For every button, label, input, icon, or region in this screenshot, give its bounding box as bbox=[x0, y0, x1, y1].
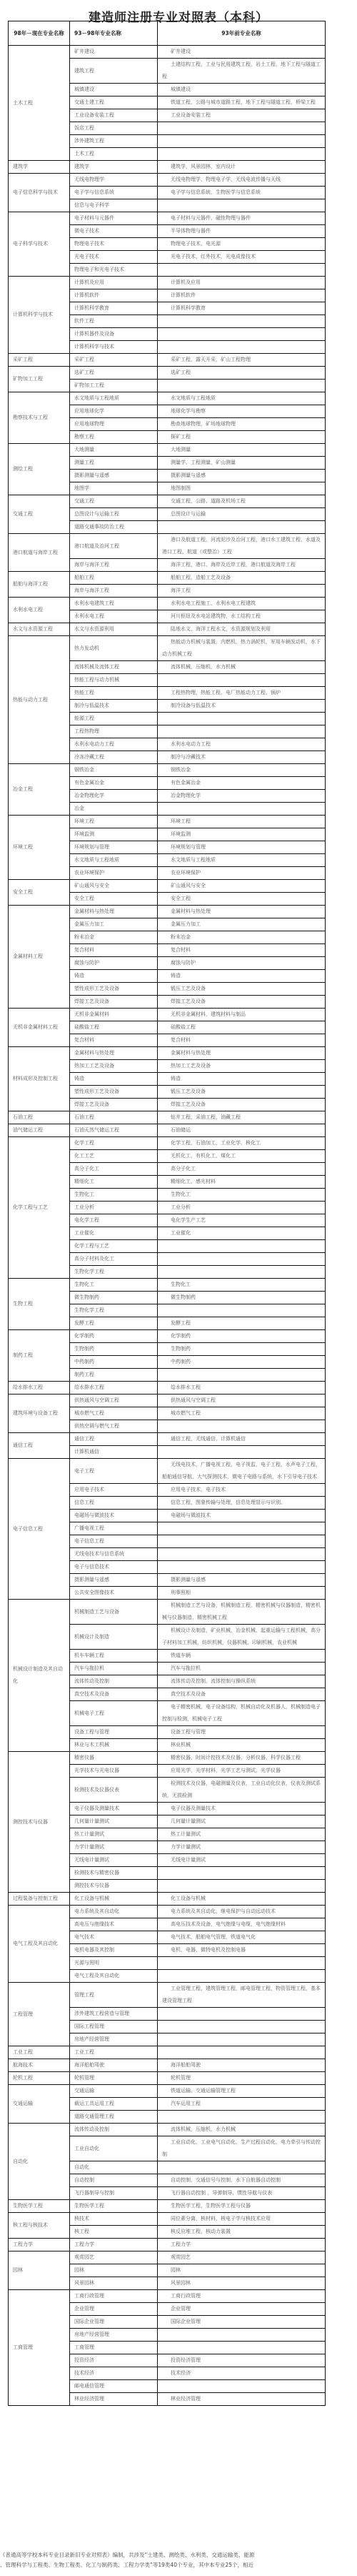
major-93-98-cell: 物理电子技术 bbox=[70, 238, 158, 251]
major-pre-93-cell: 国际企业管理 bbox=[158, 2316, 326, 2329]
major-pre-93-cell: 安全工程 bbox=[158, 893, 326, 906]
table-row: 水利水电工程水利水电建筑工程水利水电工程施工，水利水电工程建筑 bbox=[9, 598, 326, 610]
current-major-cell: 港口航道与海岸工程 bbox=[9, 534, 70, 572]
major-93-98-cell: 环境规划与管理 bbox=[70, 841, 158, 854]
major-93-98-cell: 生物化学工程 bbox=[70, 1304, 158, 1317]
major-mapping-table: 98年－现在专业名称 93－98年专业名称 93年前专业名称 土木工程矿井建设矿… bbox=[8, 21, 326, 2406]
table-row: 制药工程化学制药化学制药 bbox=[9, 1330, 326, 1343]
major-93-98-cell: 技术经济 bbox=[70, 2367, 158, 2380]
major-pre-93-cell: 环境监测 bbox=[158, 828, 326, 841]
major-93-98-cell: 电子材料与元器件 bbox=[70, 212, 158, 225]
major-93-98-cell: 饭店工程 bbox=[70, 122, 158, 135]
major-93-98-cell: 石油工程 bbox=[70, 1111, 158, 1124]
major-pre-93-cell: 电子精密机械，电子设备结构，机械自动化及机器人，机械制造电子控制与检测，机械电子… bbox=[158, 1701, 326, 1726]
table-row: 土木工程矿井建设矿井建设 bbox=[9, 46, 326, 59]
major-pre-93-cell: 地球化学与勘察 bbox=[158, 405, 326, 418]
major-93-98-cell: 通信工程 bbox=[70, 1433, 158, 1446]
major-pre-93-cell: 焊接工艺及设备 bbox=[158, 996, 326, 1009]
major-93-98-cell: 塑性成形工艺及设备 bbox=[70, 1086, 158, 1099]
major-93-98-cell: 金属材料与热处理 bbox=[70, 1047, 158, 1060]
major-pre-93-cell: 电气技术，船舶电气管理，铁道电气化 bbox=[158, 1931, 326, 1944]
major-pre-93-cell: 摄影测量与遥感 bbox=[158, 470, 326, 482]
major-93-98-cell: 石油天然气储运工程 bbox=[70, 1124, 158, 1137]
major-pre-93-cell bbox=[158, 2033, 326, 2046]
major-93-98-cell: 化学工程与工艺 bbox=[70, 1240, 158, 1253]
major-pre-93-cell: 电磁场与微波技术 bbox=[158, 1510, 326, 1522]
major-93-98-cell: 矿山通风与安全 bbox=[70, 880, 158, 893]
major-pre-93-cell: 采矿工程，露天开采，矿山工程物理 bbox=[158, 354, 326, 367]
current-major-cell: 工业工程 bbox=[9, 2046, 70, 2059]
current-major-cell: 核工程与核技术 bbox=[9, 2213, 70, 2239]
table-row: 船舶与海洋工程船舶工程船舶工程，造船工艺及设备 bbox=[9, 572, 326, 585]
major-pre-93-cell bbox=[158, 1446, 326, 1459]
table-row: 生物工程生物化工生物化工 bbox=[9, 1279, 326, 1292]
major-93-98-cell: 工业工程 bbox=[70, 2046, 158, 2059]
current-major-cell: 工商管理 bbox=[9, 2290, 70, 2406]
major-93-98-cell: 海洋船舶驾驶 bbox=[70, 2059, 158, 2072]
major-pre-93-cell: 真空技术及设备 bbox=[158, 1688, 326, 1701]
major-93-98-cell: 生物医学工程 bbox=[70, 2200, 158, 2213]
major-pre-93-cell: 无机化工，有机化工，煤化工 bbox=[158, 1150, 326, 1163]
major-pre-93-cell bbox=[158, 1240, 326, 1253]
current-major-cell: 通信工程 bbox=[9, 1433, 70, 1459]
major-pre-93-cell: 工商行政管理 bbox=[158, 2290, 326, 2303]
major-pre-93-cell: 应用电子技术，电子技术 bbox=[158, 1484, 326, 1497]
major-93-98-cell: 检测技术及仪器仪表 bbox=[70, 1778, 158, 1803]
major-93-98-cell: 化工工艺 bbox=[70, 1150, 158, 1163]
major-93-98-cell: 核工程 bbox=[70, 2226, 158, 2239]
major-93-98-cell: 电气工程及其自动化 bbox=[70, 1970, 158, 1983]
major-pre-93-cell: 无线电计量测试 bbox=[158, 1854, 326, 1867]
major-93-98-cell: 国际企业管理 bbox=[70, 2316, 158, 2329]
major-93-98-cell: 自动化 bbox=[70, 2161, 158, 2174]
major-pre-93-cell: 环境规划与管理 bbox=[158, 841, 326, 854]
major-pre-93-cell bbox=[158, 199, 326, 212]
major-93-98-cell: 工程热物理 bbox=[70, 725, 158, 738]
major-93-98-cell: 化学制药 bbox=[70, 1330, 158, 1343]
major-pre-93-cell: 刑事照相 bbox=[158, 1587, 326, 1600]
major-pre-93-cell bbox=[158, 1266, 326, 1279]
current-major-cell: 建筑环境与设备工程 bbox=[9, 1394, 70, 1433]
major-pre-93-cell bbox=[158, 803, 326, 816]
table-body: 土木工程矿井建设矿井建设建筑工程土建结构工程，工业与民用建筑工程，岩土工程，地下… bbox=[9, 46, 326, 2406]
major-93-98-cell: 真空技术及设备 bbox=[70, 1688, 158, 1701]
major-93-98-cell: 无机非金属材料 bbox=[70, 1009, 158, 1021]
major-93-98-cell: 电磁场与微波技术 bbox=[70, 1510, 158, 1522]
major-93-98-cell: 高分子化工 bbox=[70, 1163, 158, 1176]
major-pre-93-cell: 供热通风与空调工程 bbox=[158, 1394, 326, 1407]
major-93-98-cell: 工业分析 bbox=[70, 1202, 158, 1214]
major-pre-93-cell: 无机非金属材料，建筑材料与制品 bbox=[158, 1009, 326, 1021]
major-93-98-cell: 交通工程 bbox=[70, 495, 158, 508]
major-pre-93-cell: 光电子技术，红外技术，光电成像技术 bbox=[158, 251, 326, 264]
major-93-98-cell: 应用地球化学 bbox=[70, 405, 158, 418]
major-93-98-cell: 信息工程 bbox=[70, 1497, 158, 1510]
major-pre-93-cell: 地图制图 bbox=[158, 482, 326, 495]
major-pre-93-cell: 电化学生产工艺 bbox=[158, 1214, 326, 1227]
major-93-98-cell: 港口航道及治河工程 bbox=[70, 534, 158, 559]
table-row: 建筑环境与设备工程供热通风与空调工程供热通风与空调工程 bbox=[9, 1394, 326, 1407]
major-pre-93-cell bbox=[158, 1970, 326, 1983]
table-row: 园林观赏园艺观赏园艺 bbox=[9, 2251, 326, 2264]
major-93-98-cell: 微电子技术 bbox=[70, 225, 158, 238]
major-93-98-cell: 微生物制药 bbox=[70, 1292, 158, 1304]
major-pre-93-cell: 复合材料 bbox=[158, 1034, 326, 1047]
major-pre-93-cell: 工程力学 bbox=[158, 2239, 326, 2251]
major-93-98-cell: 摄影测量与遥感 bbox=[70, 1574, 158, 1587]
major-pre-93-cell: 无线电技术，广播电视工程，电子视监，电子工程，水声电子工程，船舶通信导航，大气探… bbox=[158, 1459, 326, 1484]
current-major-cell: 土木工程 bbox=[9, 46, 70, 161]
current-major-cell: 冶金工程 bbox=[9, 764, 70, 816]
major-pre-93-cell: 锻压工艺及设备 bbox=[158, 983, 326, 996]
current-major-cell: 油气储运工程 bbox=[9, 1124, 70, 1137]
major-93-98-cell: 工业设备安装工程 bbox=[70, 109, 158, 122]
current-major-cell: 制药工程 bbox=[9, 1330, 70, 1382]
table-row: 交通运输交通运输铁道运输，交通运输管理工程 bbox=[9, 2085, 326, 2098]
current-major-cell: 生物医学工程 bbox=[9, 2200, 70, 2213]
major-93-98-cell: 交通土建工程 bbox=[70, 96, 158, 109]
major-93-98-cell: 涉外建筑工程 bbox=[70, 135, 158, 148]
major-93-98-cell: 自动控制 bbox=[70, 2174, 158, 2187]
major-93-98-cell: 计算机器件及设备 bbox=[70, 328, 158, 341]
major-93-98-cell: 复合材料 bbox=[70, 1034, 158, 1047]
major-pre-93-cell: 电子仪器及测量技术 bbox=[158, 1803, 326, 1815]
major-93-98-cell: 焊接工艺及设备 bbox=[70, 996, 158, 1009]
table-row: 石油工程石油工程钻井工程，采油工程，油藏工程 bbox=[9, 1111, 326, 1124]
major-pre-93-cell: 选矿工程 bbox=[158, 367, 326, 380]
current-major-cell: 自动化 bbox=[9, 2124, 70, 2200]
major-93-98-cell: 电子信息工程 bbox=[70, 1535, 158, 1548]
major-pre-93-cell: 化工设备与机械 bbox=[158, 1893, 326, 1906]
major-93-98-cell: 电力系统及其自动化 bbox=[70, 1906, 158, 1918]
major-93-98-cell: 检测技术与精密仪器 bbox=[70, 1867, 158, 1880]
major-pre-93-cell: 硅酸盐工程 bbox=[158, 1021, 326, 1034]
major-pre-93-cell: 海洋船舶驾驶 bbox=[158, 2059, 326, 2072]
major-pre-93-cell: 大地测量 bbox=[158, 444, 326, 457]
table-row: 电气工程及其自动化电力系统及其自动化电力系统及其自动化，继电保护与自动远动技术 bbox=[9, 1906, 326, 1918]
table-row: 建筑学建筑学建筑学，风景园林，室内设计 bbox=[9, 161, 326, 174]
table-row: 环境工程环境工程环境工程 bbox=[9, 816, 326, 828]
table-row: 交通工程交通工程交通工程，公路、道路及机场工程 bbox=[9, 495, 326, 508]
major-93-98-cell: 物理电子和光电子技术 bbox=[70, 264, 158, 277]
major-93-98-cell: 国际工程管理 bbox=[70, 2021, 158, 2033]
major-93-98-cell: 邮电通信管理 bbox=[70, 2380, 158, 2393]
major-pre-93-cell: 微生物制药 bbox=[158, 1292, 326, 1304]
major-93-98-cell: 电气技术 bbox=[70, 1931, 158, 1944]
major-93-98-cell: 广播电视工程 bbox=[70, 1522, 158, 1535]
table-row: 材料成形及控制工程金属材料与热处理金属材料与热处理 bbox=[9, 1047, 326, 1060]
major-93-98-cell: 粉末冶金 bbox=[70, 931, 158, 944]
major-pre-93-cell: 测量学，工程测量，矿山测量 bbox=[158, 457, 326, 470]
major-pre-93-cell: 核反应堆工程，核动力装置 bbox=[158, 2226, 326, 2239]
major-93-98-cell: 工业催化 bbox=[70, 1227, 158, 1240]
major-93-98-cell: 电子仪器及测量技术 bbox=[70, 1803, 158, 1815]
major-pre-93-cell: 交通工程，公路、道路及机场工程 bbox=[158, 495, 326, 508]
major-93-98-cell: 电子学与信息系统 bbox=[70, 187, 158, 199]
current-major-cell: 计算机科学与技术 bbox=[9, 277, 70, 354]
current-major-cell: 采矿工程 bbox=[9, 354, 70, 367]
current-major-cell: 航海技术 bbox=[9, 2059, 70, 2072]
major-93-98-cell: 热工计量测试 bbox=[70, 1828, 158, 1841]
table-row: 安全工程矿山通风与安全矿山通风与安全 bbox=[9, 880, 326, 893]
current-major-cell: 金属材料工程 bbox=[9, 906, 70, 1009]
table-row: 化学工程与工艺化学工程化学工程，石油加工，工业化学，核化工 bbox=[9, 1137, 326, 1150]
major-pre-93-cell: 半导体物理与器件 bbox=[158, 225, 326, 238]
current-major-cell: 水文与水资源工程 bbox=[9, 623, 70, 636]
header-current-major: 98年－现在专业名称 bbox=[9, 21, 70, 46]
major-pre-93-cell: 矿山通风与安全 bbox=[158, 880, 326, 893]
major-pre-93-cell bbox=[158, 725, 326, 738]
major-pre-93-cell bbox=[158, 1867, 326, 1880]
major-pre-93-cell: 技术经济 bbox=[158, 2367, 326, 2380]
major-pre-93-cell: 物理电子技术，电光源 bbox=[158, 238, 326, 251]
table-row: 勘察技术与工程水文地质与工程地质水文地质与工程地质 bbox=[9, 392, 326, 405]
major-93-98-cell: 采矿工程 bbox=[70, 354, 158, 367]
major-pre-93-cell: 流体机械，压缩机，水力机械 bbox=[158, 2124, 326, 2136]
major-pre-93-cell: 轮机管理 bbox=[158, 2072, 326, 2085]
major-pre-93-cell bbox=[158, 2046, 326, 2059]
major-pre-93-cell: 农业环境保护 bbox=[158, 867, 326, 880]
major-pre-93-cell: 城市燃气工程 bbox=[158, 1407, 326, 1420]
current-major-cell: 矿物加工工程 bbox=[9, 367, 70, 392]
major-pre-93-cell: 有色金属冶金 bbox=[158, 777, 326, 790]
major-93-98-cell: 公共安全图像技术 bbox=[70, 1587, 158, 1600]
major-pre-93-cell: 冶金物理化学 bbox=[158, 790, 326, 803]
major-93-98-cell: 电化学工程 bbox=[70, 1214, 158, 1227]
major-pre-93-cell bbox=[158, 1304, 326, 1317]
table-row: 工程力学工程力学工程力学 bbox=[9, 2239, 326, 2251]
major-93-98-cell: 核技术 bbox=[70, 2213, 158, 2226]
major-93-98-cell: 载运工具运用工程 bbox=[70, 2098, 158, 2111]
footnote-line-1: 《普通高等学校本科专业目录新旧专业对照表》编制，共涉及“土建类、测绘类、水利类、… bbox=[0, 2550, 357, 2560]
current-major-cell: 工程管理 bbox=[9, 1983, 70, 2046]
current-major-cell: 生物工程 bbox=[9, 1279, 70, 1330]
table-row: 计算机科学与技术计算机及应用计算机及应用 bbox=[9, 277, 326, 289]
header-93-98-major: 93－98年专业名称 bbox=[70, 21, 158, 46]
table-row: 自动化流体传动及控制流体机械，压缩机，水力机械 bbox=[9, 2124, 326, 2136]
current-major-cell: 石油工程 bbox=[9, 1111, 70, 1124]
current-major-cell: 机械设计制造及其自动化 bbox=[9, 1600, 70, 1752]
major-pre-93-cell: 钻井工程，采油工程，油藏工程 bbox=[158, 1111, 326, 1124]
major-93-98-cell: 生物化工 bbox=[70, 1279, 158, 1292]
major-pre-93-cell bbox=[158, 135, 326, 148]
major-93-98-cell: 高电压与绝缘技术 bbox=[70, 1918, 158, 1931]
major-pre-93-cell: 同位素分离，核材料，核电子学与核技术应用 bbox=[158, 2213, 326, 2226]
major-93-98-cell: 给水排水工程 bbox=[70, 1382, 158, 1394]
major-pre-93-cell: 计算机软件 bbox=[158, 289, 326, 302]
major-93-98-cell: 水利水电动力工程 bbox=[70, 738, 158, 751]
major-pre-93-cell bbox=[158, 2161, 326, 2174]
table-row: 金属材料工程金属材料与热处理金属材料与热处理 bbox=[9, 906, 326, 918]
major-93-98-cell: 供热空调与燃气工程 bbox=[70, 1420, 158, 1433]
major-93-98-cell: 计算机软件 bbox=[70, 289, 158, 302]
major-pre-93-cell: 工业分析 bbox=[158, 1202, 326, 1214]
major-93-98-cell: 塑性成形工艺及设备 bbox=[70, 983, 158, 996]
major-93-98-cell: 工商行政管理 bbox=[70, 2290, 158, 2303]
table-row: 冶金工程钢铁冶金钢铁冶金 bbox=[9, 764, 326, 777]
major-pre-93-cell: 勘查地球物理，矿场地球物理 bbox=[158, 418, 326, 431]
major-pre-93-cell: 焊接工艺及设备 bbox=[158, 1099, 326, 1111]
major-pre-93-cell: 建筑学，风景园林，室内设计 bbox=[158, 161, 326, 174]
major-pre-93-cell bbox=[158, 1420, 326, 1433]
current-major-cell: 材料成形及控制工程 bbox=[9, 1047, 70, 1111]
table-row: 矿物加工工程选矿工程选矿工程 bbox=[9, 367, 326, 380]
major-pre-93-cell: 园林 bbox=[158, 2264, 326, 2277]
major-pre-93-cell: 通信工程，无线通信，计算机通信 bbox=[158, 1433, 326, 1446]
major-pre-93-cell: 工业设备安装工程 bbox=[158, 109, 326, 122]
current-major-cell: 电子信息工程 bbox=[9, 1459, 70, 1600]
table-row: 无机非金属材料工程无机非金属材料无机非金属材料，建筑材料与制品 bbox=[9, 1009, 326, 1021]
major-pre-93-cell: 制冷与冷藏技术 bbox=[158, 751, 326, 764]
major-93-98-cell: 海岸与海洋工程 bbox=[70, 585, 158, 598]
major-93-98-cell: 铸造 bbox=[70, 1073, 158, 1086]
major-pre-93-cell: 高分子化工 bbox=[158, 1163, 326, 1176]
major-93-98-cell: 无线电技术与信息系统 bbox=[70, 1548, 158, 1561]
major-pre-93-cell: 金属材料与热处理 bbox=[158, 906, 326, 918]
table-row: 工业工程工业工程 bbox=[9, 2046, 326, 2059]
current-major-cell: 交通工程 bbox=[9, 495, 70, 534]
major-pre-93-cell: 流体机械，压缩机，水力机械 bbox=[158, 661, 326, 674]
major-pre-93-cell: 铁道车辆 bbox=[158, 1650, 326, 1663]
header-pre-93-major: 93年前专业名称 bbox=[158, 21, 326, 46]
major-93-98-cell: 几何量计量测试 bbox=[70, 1815, 158, 1828]
major-93-98-cell: 能源工程 bbox=[70, 713, 158, 725]
major-93-98-cell: 地图学 bbox=[70, 482, 158, 495]
major-pre-93-cell: 陆地水文，海洋工程水文，水资源规划及利用 bbox=[158, 623, 326, 636]
major-93-98-cell: 流体机械及流体工程 bbox=[70, 661, 158, 674]
major-93-98-cell: 计算机科学教育 bbox=[70, 302, 158, 315]
major-pre-93-cell: 力学计量测试 bbox=[158, 1841, 326, 1854]
major-93-98-cell: 中药制药 bbox=[70, 1356, 158, 1369]
major-93-98-cell: 热加工工艺及设备 bbox=[70, 1060, 158, 1073]
major-93-98-cell: 有色金属冶金 bbox=[70, 777, 158, 790]
major-93-98-cell: 信息与电子科学 bbox=[70, 199, 158, 212]
major-93-98-cell: 交通运输 bbox=[70, 2085, 158, 2098]
major-93-98-cell: 硅酸盐工程 bbox=[70, 1021, 158, 1034]
major-pre-93-cell: 港口及航道工程，河流泥沙及治河工程，港口水工建筑工程，水道及港口工程，航道（或整… bbox=[158, 534, 326, 559]
major-pre-93-cell: 铸造 bbox=[158, 1073, 326, 1086]
major-pre-93-cell: 总图设计与运输 bbox=[158, 508, 326, 521]
major-pre-93-cell: 发酵工程 bbox=[158, 1317, 326, 1330]
major-93-98-cell: 无线电物理学 bbox=[70, 174, 158, 187]
major-pre-93-cell: 电机，电器，微特电机及控制电器 bbox=[158, 1944, 326, 1957]
major-93-98-cell: 金属压力加工 bbox=[70, 918, 158, 931]
major-pre-93-cell: 给水排水工程 bbox=[158, 1382, 326, 1394]
current-major-cell: 环境工程 bbox=[9, 816, 70, 880]
table-row: 机械设计制造及其自动化机械制造工艺与设备机械制造工艺与设备，机械制造工程，精密机… bbox=[9, 1600, 326, 1625]
major-pre-93-cell: 生物化工 bbox=[158, 1189, 326, 1202]
major-pre-93-cell: 钢铁冶金 bbox=[158, 764, 326, 777]
major-pre-93-cell: 观赏园艺 bbox=[158, 2251, 326, 2264]
major-pre-93-cell: 生物医学工程，生物医学工程与仪器 bbox=[158, 2200, 326, 2213]
major-93-98-cell: 生物化工 bbox=[70, 1189, 158, 1202]
major-pre-93-cell bbox=[158, 2329, 326, 2342]
major-93-98-cell: 设备工程与管理 bbox=[70, 1726, 158, 1739]
major-93-98-cell: 发酵工程 bbox=[70, 1317, 158, 1330]
table-row: 电子信息科学与技术无线电物理学无线电物理学，物理电子学，无线电波传播与天线 bbox=[9, 174, 326, 187]
table-row: 采矿工程采矿工程采矿工程，露天开采，矿山工程物理 bbox=[9, 354, 326, 367]
major-pre-93-cell: 粉末冶金 bbox=[158, 931, 326, 944]
major-pre-93-cell: 水利水电工程施工，水利水电工程建筑 bbox=[158, 598, 326, 610]
major-pre-93-cell bbox=[158, 341, 326, 354]
table-row: 热能与动力工程热力发动机热能动力机械与装置，内燃机，热力涡轮机，军用车辆发动机，… bbox=[9, 636, 326, 661]
major-93-98-cell: 复合材料 bbox=[70, 944, 158, 957]
major-93-98-cell: 企业管理 bbox=[70, 2303, 158, 2316]
major-93-98-cell: 城镇建设 bbox=[70, 84, 158, 96]
major-93-98-cell: 摄影测量与遥感 bbox=[70, 470, 158, 482]
major-93-98-cell: 风景园林 bbox=[70, 2277, 158, 2290]
current-major-cell: 轮机工程 bbox=[9, 2072, 70, 2085]
major-93-98-cell: 水利水电工程 bbox=[70, 610, 158, 623]
current-major-cell: 热能与动力工程 bbox=[9, 636, 70, 764]
current-major-cell: 勘察技术与工程 bbox=[9, 392, 70, 444]
major-pre-93-cell: 铁道工程，公路与城市道路工程，地下工程与隧道工程，桥梁工程 bbox=[158, 96, 326, 109]
major-93-98-cell: 土木工程 bbox=[70, 148, 158, 161]
major-93-98-cell: 机械制造工艺与设备 bbox=[70, 1600, 158, 1625]
major-93-98-cell: 建筑工程 bbox=[70, 59, 158, 84]
major-pre-93-cell: 金属材料与热处理 bbox=[158, 1047, 326, 1060]
major-pre-93-cell: 河川枢纽及水电站建筑物，水工结构工程 bbox=[158, 610, 326, 623]
major-93-98-cell: 金属材料与热处理 bbox=[70, 906, 158, 918]
major-93-98-cell: 力学计量测试 bbox=[70, 1841, 158, 1854]
major-93-98-cell: 焊接工艺及设备 bbox=[70, 1099, 158, 1111]
major-93-98-cell: 轮机管理 bbox=[70, 2072, 158, 2085]
current-major-cell: 船舶与海洋工程 bbox=[9, 572, 70, 598]
major-pre-93-cell: 探矿工程 bbox=[158, 431, 326, 444]
major-pre-93-cell: 计算机及应用 bbox=[158, 277, 326, 289]
major-pre-93-cell: 热加工工艺及设备 bbox=[158, 1060, 326, 1073]
current-major-cell: 测绘工程 bbox=[9, 444, 70, 495]
major-pre-93-cell: 汽车与拖拉机 bbox=[158, 1663, 326, 1675]
footnote-line-2: 、管理科学与工程类、生物工程类、化工与制药类、工程力学类”等19类40个专业，其… bbox=[0, 2560, 357, 2570]
major-93-98-cell: 光电子技术 bbox=[70, 251, 158, 264]
table-row: 过程装备与控制工程化工设备与机械化工设备与机械 bbox=[9, 1893, 326, 1906]
table-row: 测控技术与仪器精密仪器精密仪器，时间计控技术及仪器，分析仪器，科学仪器工程 bbox=[9, 1752, 326, 1765]
major-pre-93-cell: 精细化工，感光材料 bbox=[158, 1176, 326, 1189]
major-93-98-cell: 高分子材料及化工 bbox=[70, 1253, 158, 1266]
major-93-98-cell: 测控技术与仪器 bbox=[70, 1880, 158, 1893]
major-pre-93-cell: 流体传动及控制，流体控制与操纵系统 bbox=[158, 1675, 326, 1688]
major-93-98-cell: 热力发动机 bbox=[70, 636, 158, 661]
current-major-cell: 测控技术与仪器 bbox=[9, 1752, 70, 1893]
major-93-98-cell: 电机电器及其控制 bbox=[70, 1944, 158, 1957]
major-pre-93-cell: 电子学与信息系统，生物医学与信息系统 bbox=[158, 187, 326, 199]
major-93-98-cell: 农业环境保护 bbox=[70, 867, 158, 880]
major-93-98-cell: 无线电计量测试 bbox=[70, 1854, 158, 1867]
table-row: 轮机工程轮机管理轮机管理 bbox=[9, 2072, 326, 2085]
major-93-98-cell: 投资经济 bbox=[70, 2354, 158, 2367]
major-pre-93-cell bbox=[158, 328, 326, 341]
major-pre-93-cell: 工业管理工程，建筑管理工程，邮电管理工程，物资管理工程，基本建设管理工程 bbox=[158, 1983, 326, 2008]
major-93-98-cell: 化工设备与机械 bbox=[70, 1893, 158, 1906]
major-93-98-cell: 制冷与低温技术 bbox=[70, 700, 158, 713]
major-pre-93-cell: 飞行器自动控制 ，导弹制导，惯性导航与仪表 bbox=[158, 2187, 326, 2200]
major-93-98-cell: 涉外建筑工程营造与管理 bbox=[70, 2008, 158, 2021]
major-pre-93-cell: 机械制造工艺与设备，机械制造工程，精密机械与仪器制造，精密机械与仪器制造，精密机… bbox=[158, 1600, 326, 1625]
major-pre-93-cell: 电子材料与元器件，磁性物理与器件 bbox=[158, 212, 326, 225]
major-pre-93-cell bbox=[158, 1522, 326, 1535]
major-pre-93-cell bbox=[158, 674, 326, 687]
major-93-98-cell: 流体传动及控制 bbox=[70, 1675, 158, 1688]
major-93-98-cell: 电子工程 bbox=[70, 1459, 158, 1484]
major-93-98-cell: 腐蚀与防护 bbox=[70, 957, 158, 970]
major-pre-93-cell bbox=[158, 2021, 326, 2033]
major-pre-93-cell bbox=[158, 1880, 326, 1893]
major-pre-93-cell: 检测技术及仪器，电磁测量及仪表，工业自动化仪表，仪表及测试系统，无损检测 bbox=[158, 1778, 326, 1803]
major-93-98-cell: 房地产经营管理 bbox=[70, 2033, 158, 2046]
major-93-98-cell: 水利水电建筑工程 bbox=[70, 598, 158, 610]
major-93-98-cell: 林业与木工机械 bbox=[70, 1739, 158, 1752]
